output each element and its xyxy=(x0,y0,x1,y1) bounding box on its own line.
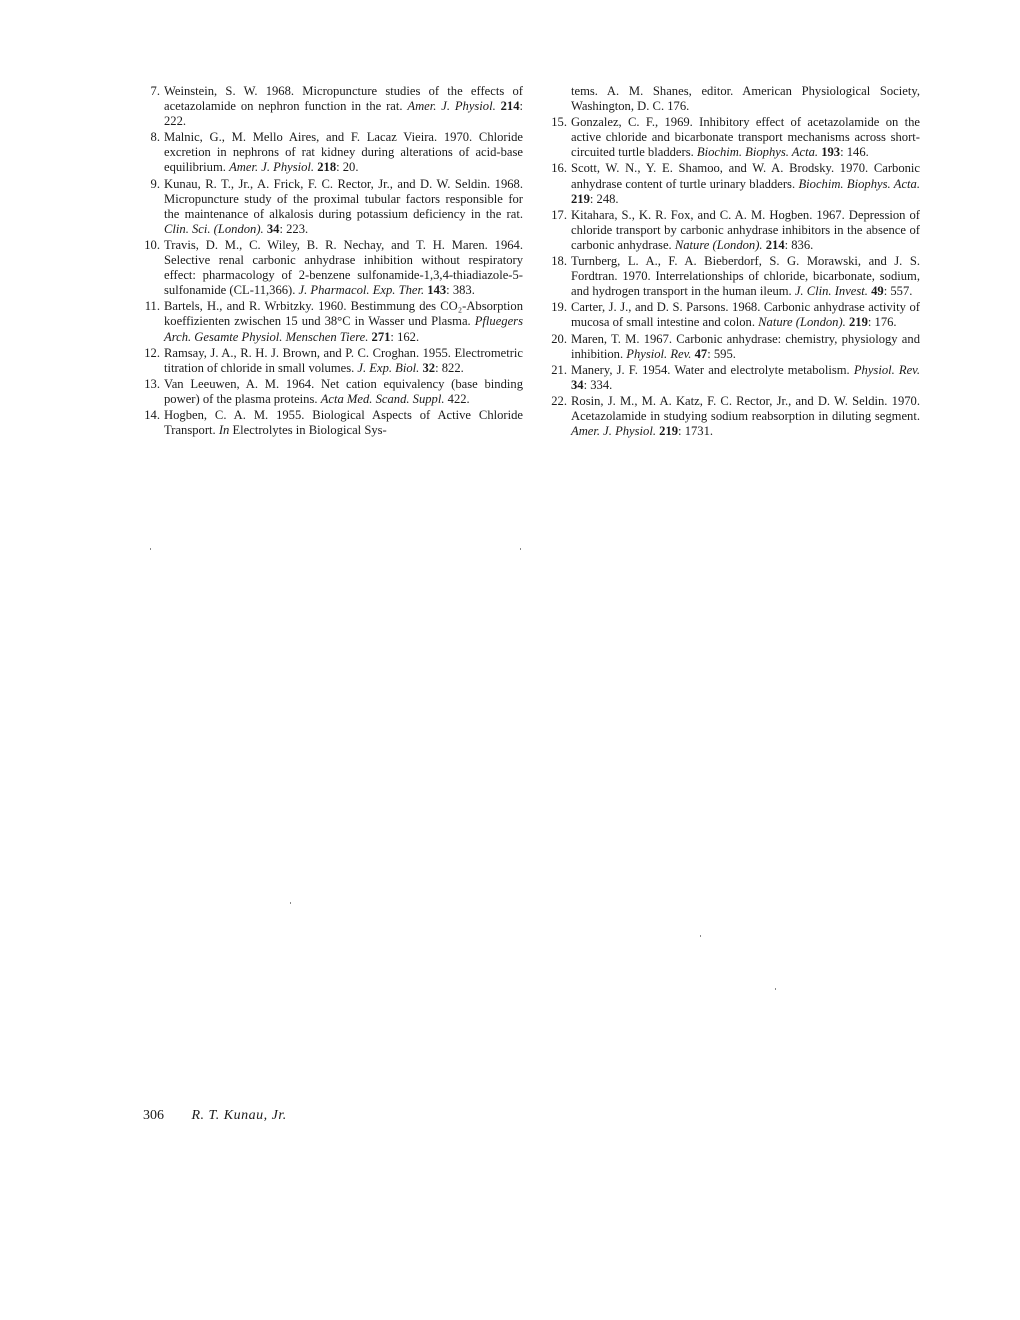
reference-entry: 9.Kunau, R. T., Jr., A. Frick, F. C. Rec… xyxy=(143,177,523,237)
reference-text: : 248. xyxy=(590,192,619,206)
reference-number: 14. xyxy=(143,408,160,423)
reference-text: : 822. xyxy=(435,361,464,375)
reference-number: 18. xyxy=(550,254,567,269)
reference-text: tems. A. M. Shanes, editor. American Phy… xyxy=(571,84,920,113)
reference-text: : 557. xyxy=(884,284,913,298)
journal-title: J. Clin. Invest. xyxy=(795,284,868,298)
reference-text: : 383. xyxy=(446,283,475,297)
page-number: 306 xyxy=(143,1108,188,1124)
reference-number: 19. xyxy=(550,300,567,315)
reference-number: 11. xyxy=(143,299,160,314)
reference-text: : 1731. xyxy=(678,424,713,438)
volume-number: 34 xyxy=(571,378,584,392)
reference-text: 422. xyxy=(445,392,470,406)
reference-number: 10. xyxy=(143,238,160,253)
reference-entry: 21.Manery, J. F. 1954. Water and electro… xyxy=(550,363,920,393)
page-footer: 306 R. T. Kunau, Jr. xyxy=(143,1108,287,1124)
reference-entry: 15.Gonzalez, C. F., 1969. Inhibitory eff… xyxy=(550,115,920,160)
reference-entry: 11.Bartels, H., and R. Wrbitzky. 1960. B… xyxy=(143,299,523,344)
journal-title: Amer. J. Physiol. xyxy=(229,160,314,174)
reference-entry: 19.Carter, J. J., and D. S. Parsons. 196… xyxy=(550,300,920,330)
reference-number: 15. xyxy=(550,115,567,130)
scan-speck xyxy=(775,988,776,990)
journal-title: Clin. Sci. (London). xyxy=(164,222,264,236)
volume-number: 218 xyxy=(317,160,336,174)
reference-text: Manery, J. F. 1954. Water and electrolyt… xyxy=(571,363,854,377)
volume-number: 49 xyxy=(871,284,884,298)
volume-number: 214 xyxy=(501,99,520,113)
reference-text: : 176. xyxy=(868,315,897,329)
journal-title: In xyxy=(219,423,230,437)
reference-number: 8. xyxy=(143,130,160,145)
reference-entry: 8.Malnic, G., M. Mello Aires, and F. Lac… xyxy=(143,130,523,175)
reference-entry: 16.Scott, W. N., Y. E. Shamoo, and W. A.… xyxy=(550,161,920,206)
journal-title: Biochim. Biophys. Acta. xyxy=(697,145,818,159)
reference-entry: 12.Ramsay, J. A., R. H. J. Brown, and P.… xyxy=(143,346,523,376)
reference-entry: 17.Kitahara, S., K. R. Fox, and C. A. M.… xyxy=(550,208,920,253)
reference-number: 17. xyxy=(550,208,567,223)
journal-title: Acta Med. Scand. Suppl. xyxy=(321,392,445,406)
volume-number: 219 xyxy=(849,315,868,329)
journal-title: Nature (London). xyxy=(675,238,763,252)
reference-text: : 595. xyxy=(707,347,736,361)
reference-text: Rosin, J. M., M. A. Katz, F. C. Rector, … xyxy=(571,394,920,423)
scan-speck xyxy=(520,548,521,550)
reference-list-right-column: tems. A. M. Shanes, editor. American Phy… xyxy=(550,84,920,440)
reference-text: : 836. xyxy=(785,238,814,252)
volume-number: 34 xyxy=(267,222,280,236)
running-head-author: R. T. Kunau, Jr. xyxy=(192,1108,287,1123)
reference-text: Ramsay, J. A., R. H. J. Brown, and P. C.… xyxy=(164,346,523,375)
reference-text: Kunau, R. T., Jr., A. Frick, F. C. Recto… xyxy=(164,177,523,221)
reference-text: : 162. xyxy=(390,330,419,344)
reference-entry: 14.Hogben, C. A. M. 1955. Biological Asp… xyxy=(143,408,523,438)
reference-number: 9. xyxy=(143,177,160,192)
journal-title: Nature (London). xyxy=(758,315,846,329)
scan-speck xyxy=(150,548,151,550)
reference-text: : 223. xyxy=(279,222,308,236)
reference-entry: 10.Travis, D. M., C. Wiley, B. R. Nechay… xyxy=(143,238,523,298)
reference-text: : 334. xyxy=(584,378,613,392)
journal-title: Amer. J. Physiol. xyxy=(407,99,495,113)
scan-speck xyxy=(290,902,291,904)
reference-text: : 146. xyxy=(840,145,869,159)
reference-number: 12. xyxy=(143,346,160,361)
journal-title: Amer. J. Physiol. xyxy=(571,424,656,438)
scan-speck xyxy=(700,935,701,937)
reference-number: 13. xyxy=(143,377,160,392)
volume-number: 219 xyxy=(571,192,590,206)
journal-title: Physiol. Rev. xyxy=(854,363,920,377)
volume-number: 143 xyxy=(427,283,446,297)
reference-entry: 20.Maren, T. M. 1967. Carbonic anhydrase… xyxy=(550,332,920,362)
journal-title: Biochim. Biophys. Acta. xyxy=(798,177,920,191)
reference-text: Maren, T. M. 1967. Carbonic anhydrase: c… xyxy=(571,332,920,361)
volume-number: 193 xyxy=(821,145,840,159)
volume-number: 32 xyxy=(422,361,435,375)
reference-number: 21. xyxy=(550,363,567,378)
reference-text: Bartels, H., and R. Wrbitzky. 1960. Best… xyxy=(164,299,523,328)
reference-number: 20. xyxy=(550,332,567,347)
reference-list-left-column: 7.Weinstein, S. W. 1968. Micropuncture s… xyxy=(143,84,523,439)
journal-title: Physiol. Rev. xyxy=(626,347,691,361)
reference-text: Electrolytes in Biological Sys- xyxy=(229,423,386,437)
volume-number: 271 xyxy=(372,330,391,344)
reference-number: 16. xyxy=(550,161,567,176)
reference-entry: 18.Turnberg, L. A., F. A. Bieberdorf, S.… xyxy=(550,254,920,299)
reference-number: 7. xyxy=(143,84,160,99)
reference-entry: 13.Van Leeuwen, A. M. 1964. Net cation e… xyxy=(143,377,523,407)
journal-title: J. Exp. Biol. xyxy=(357,361,419,375)
volume-number: 47 xyxy=(695,347,708,361)
journal-title: J. Pharmacol. Exp. Ther. xyxy=(299,283,425,297)
reference-entry: 7.Weinstein, S. W. 1968. Micropuncture s… xyxy=(143,84,523,129)
reference-text: : 20. xyxy=(336,160,358,174)
reference-entry: tems. A. M. Shanes, editor. American Phy… xyxy=(550,84,920,114)
reference-entry: 22.Rosin, J. M., M. A. Katz, F. C. Recto… xyxy=(550,394,920,439)
volume-number: 219 xyxy=(659,424,678,438)
volume-number: 214 xyxy=(766,238,785,252)
reference-number: 22. xyxy=(550,394,567,409)
